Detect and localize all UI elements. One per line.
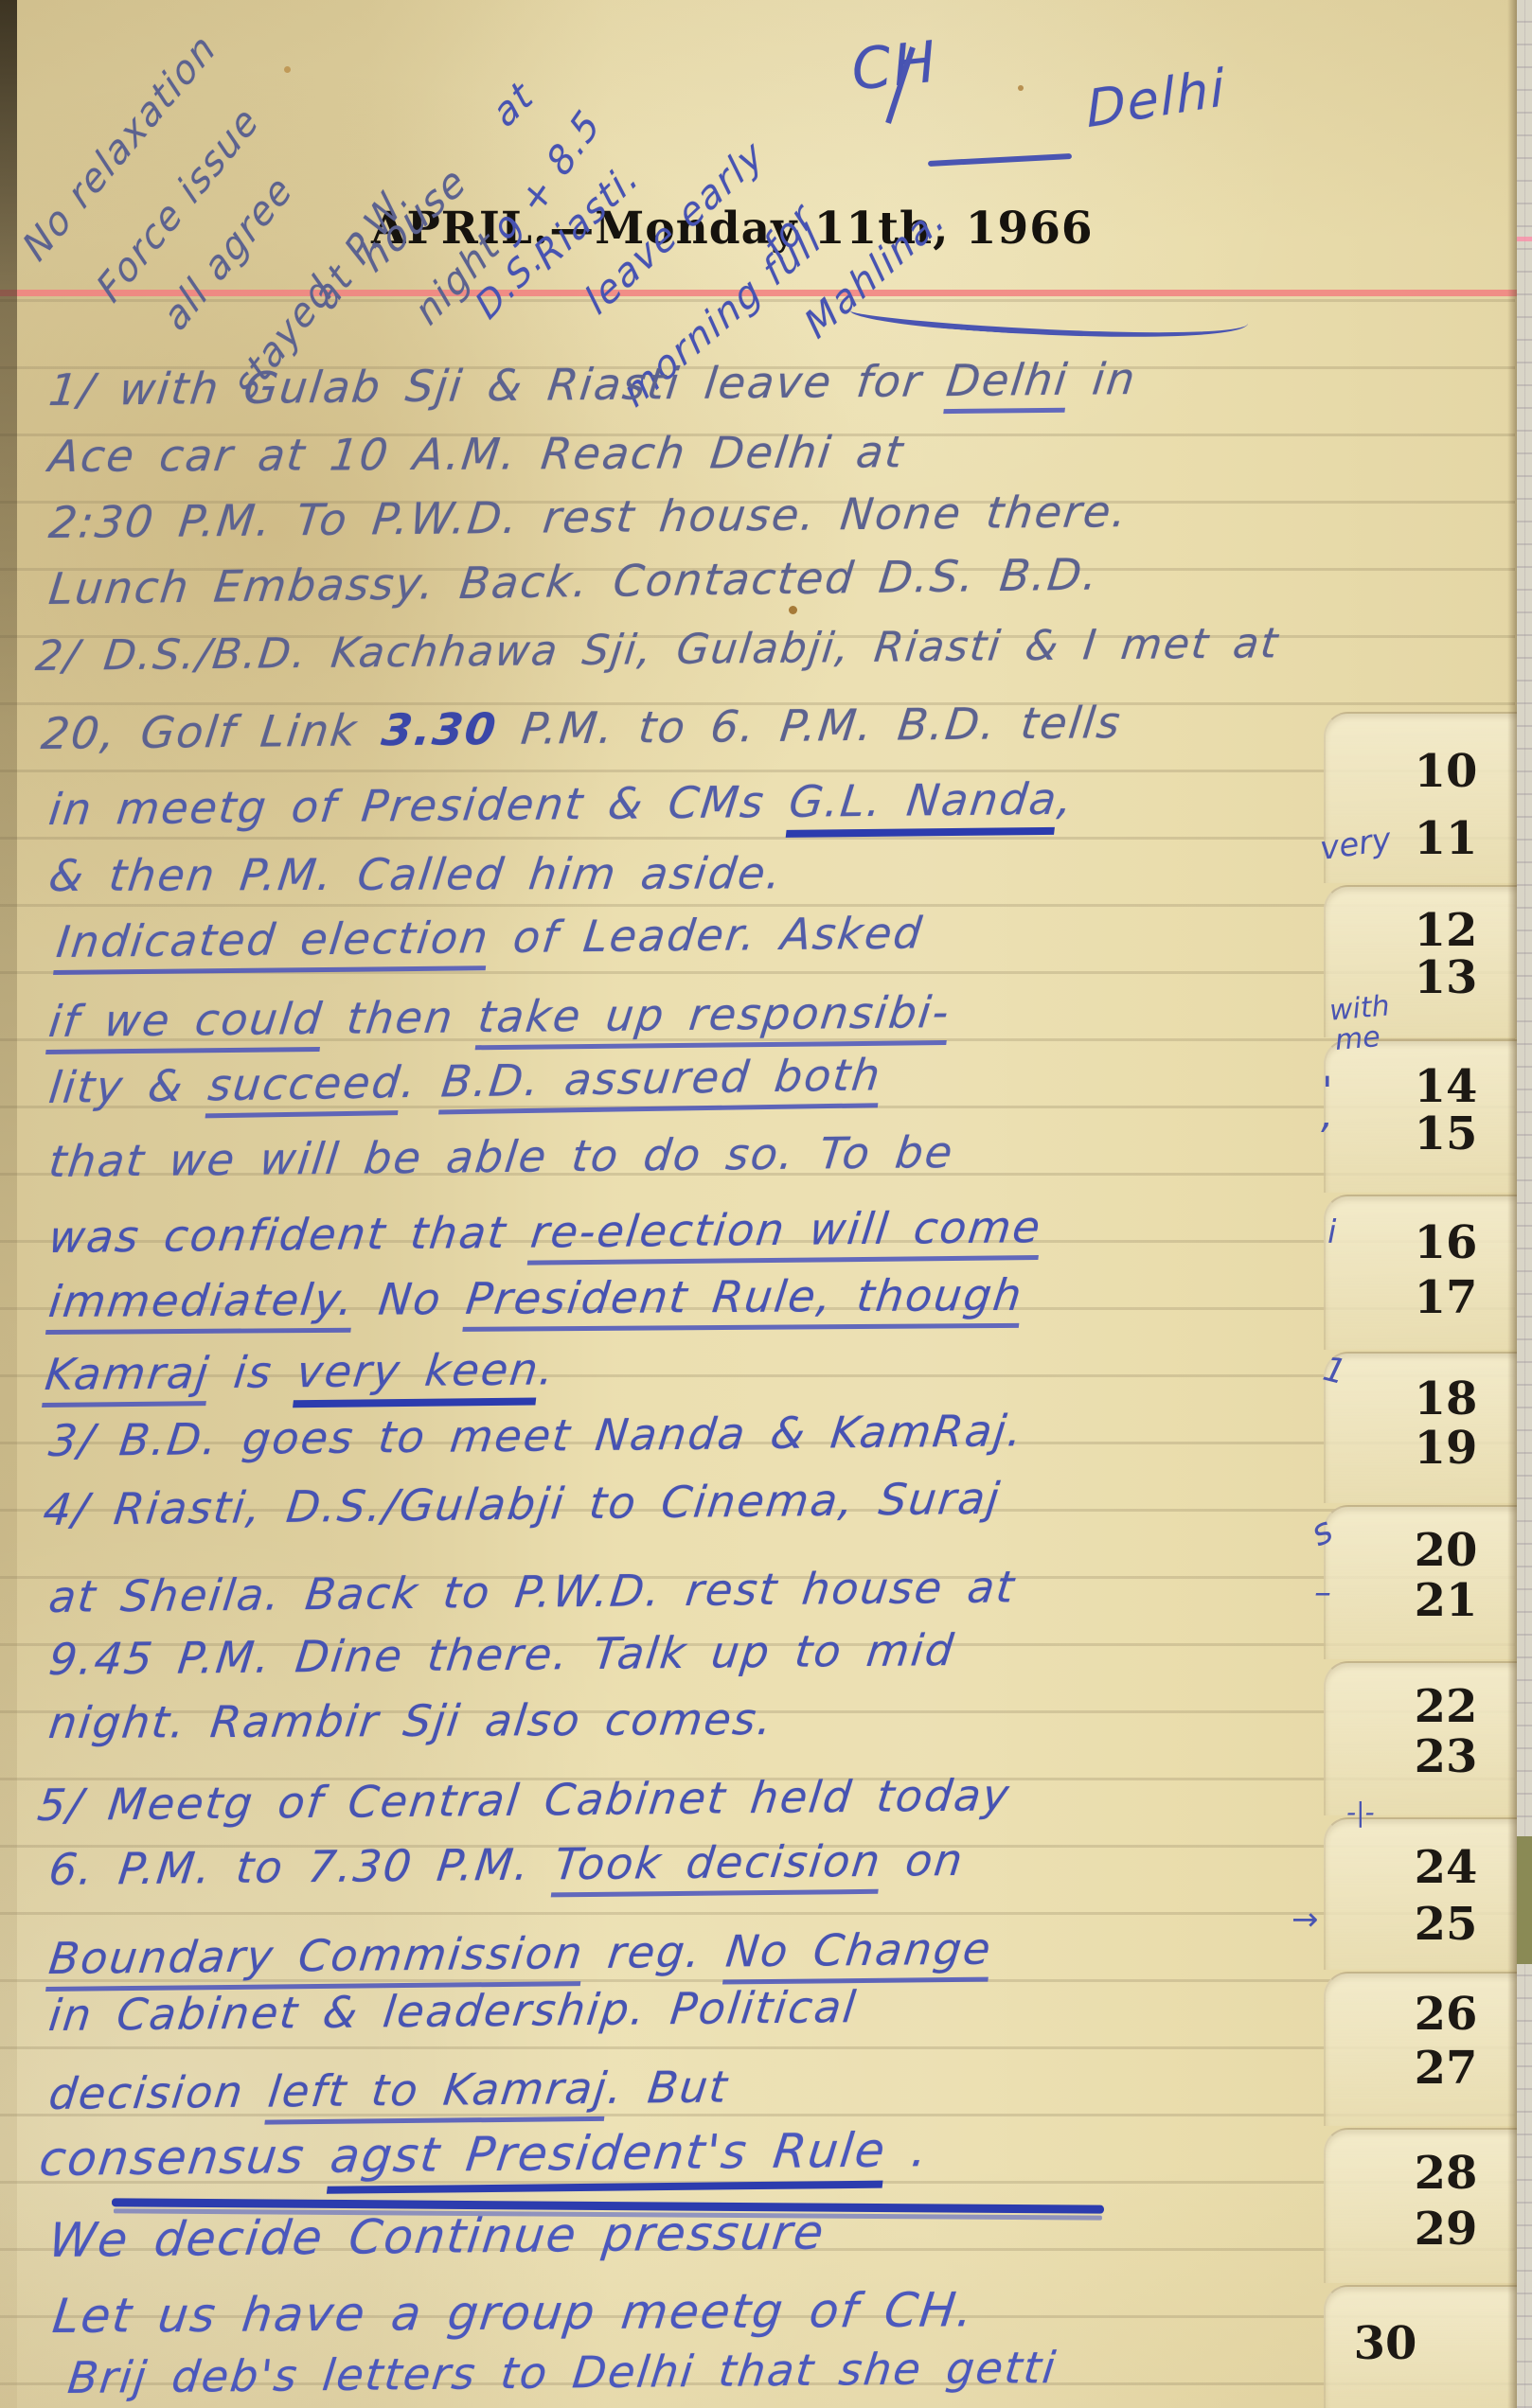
text-segment: 5/ Meetg of Central Cabinet held today [35, 1769, 1013, 1831]
margin-mark: me [1334, 1020, 1382, 1057]
text-segment: B.D. assured both [438, 1049, 884, 1114]
text-segment: at Sheila. Back to P.W.D. rest house at [46, 1561, 1018, 1622]
text-segment: 6. P.M. to 7.30 P.M. [46, 1838, 558, 1895]
diary-entry-line: that we will be able to do so. To be [46, 1126, 956, 1187]
diary-entry-line: 5/ Meetg of Central Cabinet held today [35, 1769, 1013, 1831]
date-tab-number: 26 [1413, 1988, 1479, 2041]
margin-mark: → [1292, 1901, 1319, 1939]
text-segment: 9.45 P.M. Dine there. Talk up to mid [46, 1624, 958, 1685]
text-segment: Ace car at 10 A.M. Reach Delhi at [46, 426, 907, 482]
text-segment: in meetg of President & CMs [46, 776, 793, 835]
diary-entry-line: consensus agst President's Rule . [37, 2122, 932, 2187]
text-segment: in [1065, 353, 1139, 405]
diary-entry-line: in meetg of President & CMs G.L. Nanda, [46, 773, 1077, 835]
text-segment: 2/ D.S./B.D. Kachhawa Sji, Gulabji, Rias… [33, 619, 1282, 681]
text-segment: We decide Continue pressure [46, 2204, 828, 2268]
text-segment: is [207, 1346, 300, 1398]
date-tab-number: 21 [1413, 1574, 1479, 1627]
text-segment: 20, Golf Link [39, 704, 385, 759]
diary-entry-line: Brij deb's letters to Delhi that she get… [65, 2342, 1060, 2403]
underlying-page-pink-line [1517, 237, 1532, 241]
diary-entry-line: lity & succeed. B.D. assured both [46, 1049, 884, 1113]
diary-entry-line: Indicated election of Leader. Asked [54, 907, 926, 967]
date-tab-number: 27 [1413, 2042, 1479, 2095]
diary-entry-line: 9.45 P.M. Dine there. Talk up to mid [46, 1624, 958, 1685]
text-segment: night. Rambir Sji also comes. [46, 1693, 776, 1748]
diary-entry-line: Ace car at 10 A.M. Reach Delhi at [46, 426, 907, 482]
date-tab-number: 10 [1413, 745, 1479, 798]
annotation: at [485, 73, 542, 136]
diary-entry-line: Kamraj is very keen. [43, 1343, 558, 1400]
text-segment: . [399, 1056, 444, 1108]
text-segment: on [879, 1834, 967, 1886]
text-segment: 4/ Riasti, D.S./Gulabji to Cinema, Suraj [41, 1473, 1004, 1535]
diary-entry-line: 2/ D.S./B.D. Kachhawa Sji, Gulabji, Rias… [33, 619, 1282, 681]
text-segment: very keen [293, 1344, 542, 1408]
text-segment: re-election will come [527, 1201, 1044, 1266]
text-segment: Brij deb's letters to Delhi that she get… [65, 2342, 1060, 2403]
date-tab-number: 19 [1413, 1422, 1479, 1475]
margin-mark: , [1321, 1090, 1333, 1137]
page-edge-shadow [1507, 0, 1517, 2408]
diary-entry-line: in Cabinet & leadership. Political [46, 1981, 860, 2041]
text-segment: Delhi [943, 354, 1072, 414]
date-tab-number: 12 [1413, 904, 1479, 957]
date-tab-number: 18 [1413, 1372, 1479, 1425]
text-segment: Boundary Commission [45, 1927, 586, 1992]
diary-entry-line: if we could then take up responsibi- [46, 986, 953, 1047]
date-tab-number: 11 [1413, 812, 1479, 865]
diary-entry-line: Boundary Commission reg. No Change [46, 1923, 995, 1984]
date-tab-number: 30 [1352, 2317, 1418, 2370]
diary-entry-line: We decide Continue pressure [46, 2204, 828, 2268]
text-segment: succeed [205, 1056, 404, 1118]
date-tab-number: 16 [1413, 1216, 1479, 1269]
text-segment: P.M. to 6. P.M. B.D. tells [494, 697, 1124, 754]
text-segment: Took decision [551, 1835, 884, 1898]
text-segment: consensus [37, 2129, 334, 2187]
diary-entry-line: 3/ B.D. goes to meet Nanda & KamRaj. [46, 1405, 1026, 1466]
diary-entry-line: 1/ with Gulab Sji & Riasti leave for Del… [46, 353, 1139, 416]
text-segment: President Rule, though [462, 1269, 1025, 1332]
text-segment: of Leader. Asked [487, 907, 926, 963]
diary-entry-line: night. Rambir Sji also comes. [46, 1693, 776, 1748]
text-segment: reg. [580, 1926, 729, 1979]
binding-edge [0, 0, 17, 2408]
text-segment: in Cabinet & leadership. Political [46, 1981, 860, 2041]
diary-entry-line: Let us have a group meetg of CH. [50, 2282, 978, 2344]
diary-entry-line: Lunch Embassy. Back. Contacted D.S. B.D. [46, 549, 1101, 614]
text-segment: Indicated election [53, 912, 492, 975]
underlying-page-edge [1517, 0, 1532, 2408]
date-tab-number: 25 [1413, 1898, 1479, 1951]
date-tab-number: 17 [1413, 1271, 1479, 1324]
text-segment: Lunch Embassy. Back. Contacted D.S. B.D. [46, 549, 1101, 614]
margin-mark: i [1327, 1213, 1336, 1251]
date-tab-number: 22 [1413, 1680, 1479, 1733]
diary-entry-line: was confident that re-election will come [46, 1201, 1044, 1263]
text-segment: decision [46, 2066, 272, 2119]
book-cover-glimpse [1517, 1836, 1532, 1964]
text-segment: left to Kamraj [265, 2063, 612, 2125]
date-tab-number: 13 [1413, 951, 1479, 1004]
text-segment: if we could [45, 993, 326, 1054]
date-tab-number: 20 [1413, 1524, 1479, 1577]
text-segment: 2:30 P.M. To P.W.D. rest house. None the… [46, 486, 1131, 548]
text-segment: & then P.M. Called him aside. [46, 847, 786, 901]
date-tab-number: 14 [1413, 1060, 1479, 1113]
diary-page-scan: 10 11 12 13 14 15 16 17 18 19 20 21 22 2… [0, 0, 1532, 2408]
text-segment: 1/ with Gulab Sji & Riasti leave for [46, 355, 950, 416]
text-segment: No Change [722, 1923, 995, 1985]
text-segment: Kamraj [42, 1347, 213, 1408]
margin-mark: – [1314, 1573, 1331, 1612]
text-segment: lity & [46, 1059, 211, 1113]
date-tab-number: 24 [1413, 1841, 1479, 1894]
paper-speck [284, 66, 291, 73]
diary-entry-line: 2:30 P.M. To P.W.D. rest house. None the… [46, 486, 1131, 548]
text-segment: that we will be able to do so. To be [46, 1126, 956, 1187]
text-segment: . But [605, 2061, 731, 2113]
diary-entry-line: 4/ Riasti, D.S./Gulabji to Cinema, Suraj [41, 1473, 1004, 1535]
paper-speck [789, 606, 797, 614]
text-segment: No [351, 1273, 469, 1325]
text-segment: then [320, 991, 481, 1044]
text-segment: 3.30 [379, 703, 500, 755]
diary-entry-line: 6. P.M. to 7.30 P.M. Took decision on [46, 1834, 967, 1895]
annotation: Delhi [1085, 58, 1228, 140]
margin-mark: -|- [1346, 1797, 1375, 1828]
long-dash [928, 153, 1072, 167]
date-tab-number: 28 [1413, 2147, 1479, 2200]
text-segment: Let us have a group meetg of CH. [50, 2282, 978, 2344]
diary-entry-line: immediately. No President Rule, though [46, 1269, 1025, 1327]
diary-entry-line: 20, Golf Link 3.30 P.M. to 6. P.M. B.D. … [39, 697, 1125, 759]
text-segment: G.L. Nanda [785, 773, 1060, 838]
annotation: No relaxation [15, 25, 224, 270]
date-tab-number: 15 [1413, 1107, 1479, 1160]
text-segment: . [883, 2122, 932, 2177]
text-segment: take up responsibi- [474, 986, 953, 1050]
text-segment: was confident that [46, 1207, 534, 1263]
text-segment: 3/ B.D. goes to meet Nanda & KamRaj. [46, 1405, 1026, 1466]
paper-speck [1018, 85, 1024, 91]
diary-entry-line: decision left to Kamraj. But [46, 2061, 731, 2118]
date-tab-number: 29 [1413, 2203, 1479, 2256]
text-segment: immediately. [45, 1274, 358, 1335]
date-tab-number: 23 [1413, 1730, 1479, 1783]
text-segment: agst President's Rule [327, 2123, 889, 2194]
diary-entry-line: at Sheila. Back to P.W.D. rest house at [46, 1561, 1018, 1622]
diary-entry-line: & then P.M. Called him aside. [46, 847, 786, 901]
